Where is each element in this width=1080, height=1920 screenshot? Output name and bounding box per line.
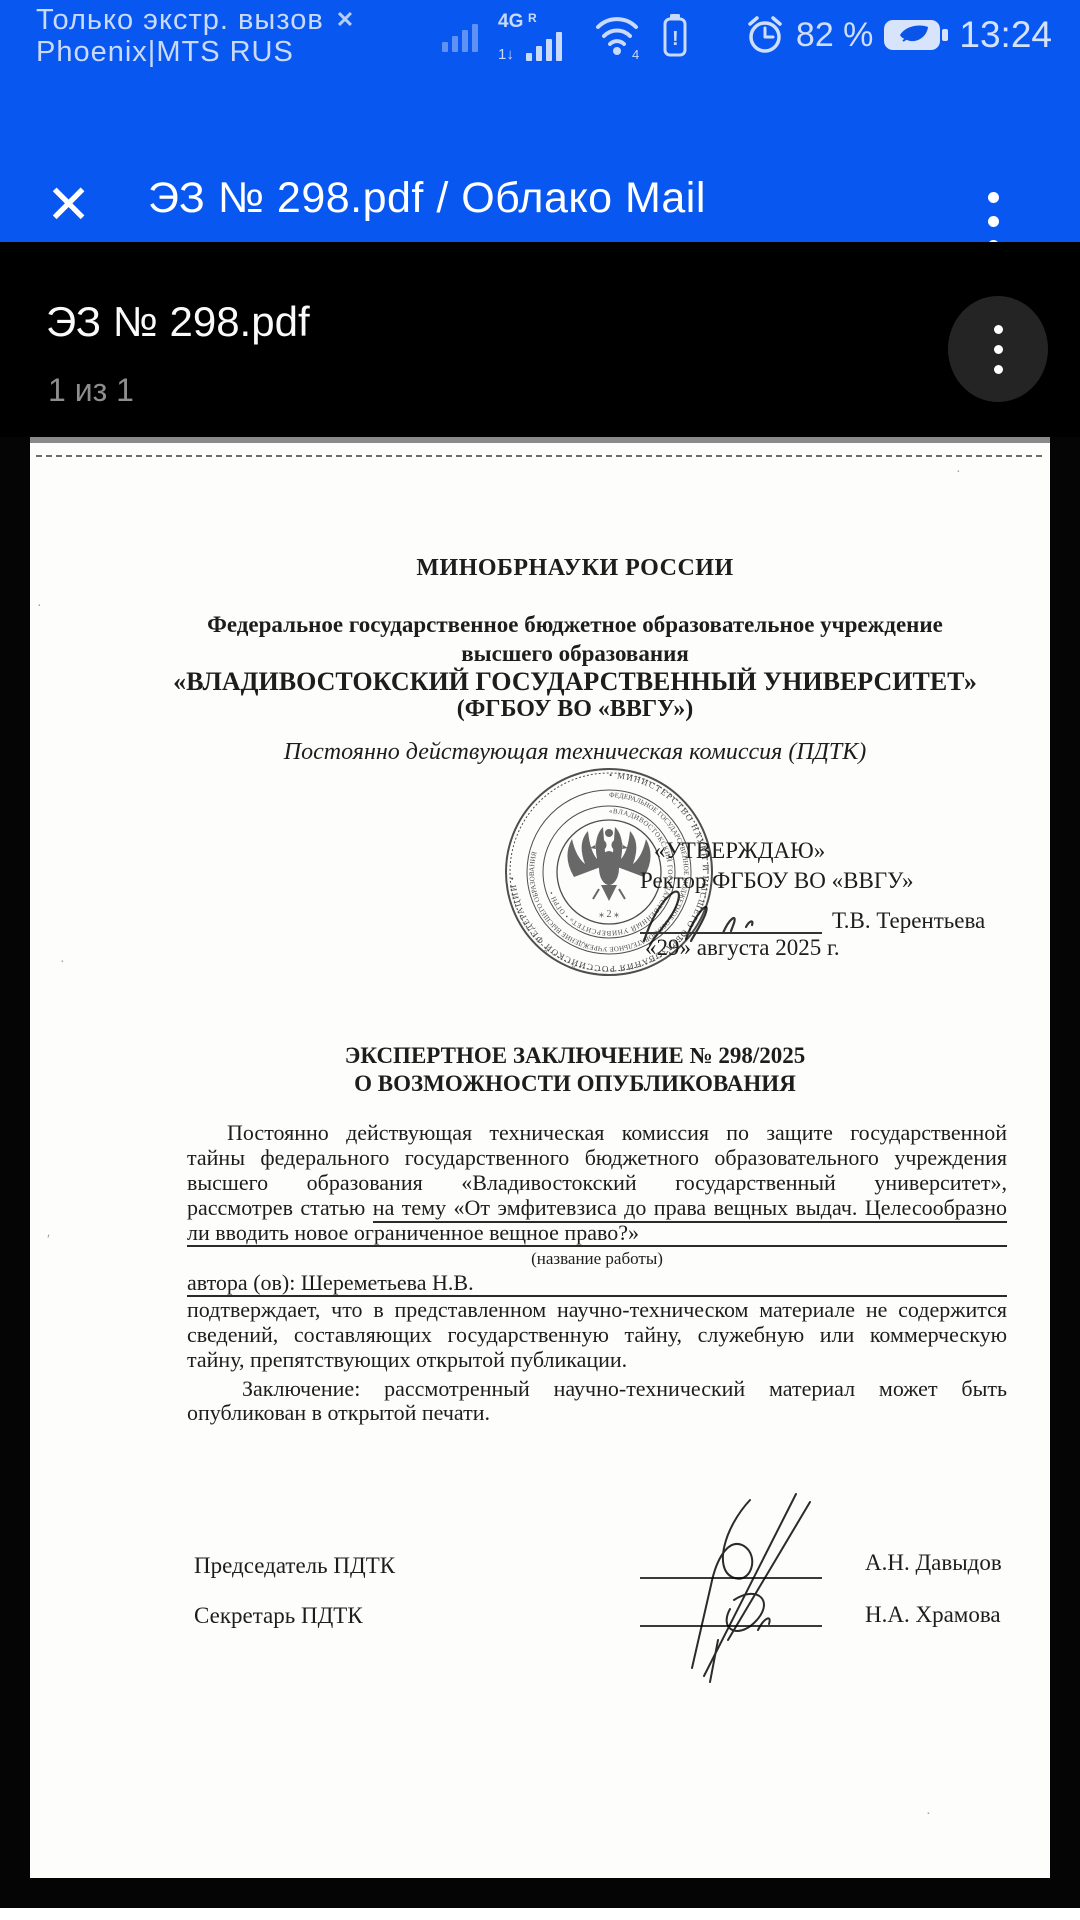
signer-role-2: Секретарь ПДТК (194, 1603, 363, 1629)
para1-line3: высшего образования «Владивостокский гос… (187, 1170, 1007, 1195)
scan-fold-line (36, 455, 1042, 457)
dot (994, 325, 1003, 334)
org-name-line1: Федеральное государственное бюджетное об… (100, 612, 1050, 638)
para1-line4-plain: рассмотрев статью (187, 1195, 365, 1220)
signal-4g-roaming-icon: 4G R 1↓ (498, 9, 576, 61)
para2-line2: сведений, составляющих государственную т… (187, 1322, 1007, 1347)
status-left: Только экстр. вызов ✕ Phoenix|MTS RUS (36, 4, 355, 68)
authors-label: автора (ов): (187, 1270, 295, 1295)
svg-text:R: R (528, 11, 537, 25)
wifi-icon: 4 (592, 11, 644, 59)
scan-speck: ʹ (47, 1233, 50, 1249)
stamp-center-mark: ⁎ 2 ⁎ (599, 909, 619, 920)
battery-percent-label: 82 % (796, 16, 874, 55)
emergency-calls-label: Только экстр. вызов (36, 4, 324, 36)
para2-line3: тайну, препятствующих открытой публикаци… (187, 1347, 1007, 1372)
svg-text:1↓: 1↓ (498, 46, 514, 61)
para2-line1: подтверждает, что в представленном научн… (187, 1297, 1007, 1322)
signer-name-2: Н.А. Храмова (865, 1602, 1001, 1628)
doc-title-line1: ЭКСПЕРТНОЕ ЗАКЛЮЧЕНИЕ № 298/2025 (100, 1043, 1050, 1069)
org-name-line4: (ФГБОУ ВО «ВВГУ») (100, 696, 1050, 723)
page-title: ЭЗ № 298.pdf / Облако Mail (148, 174, 706, 223)
dot (988, 192, 999, 203)
sim-alert-icon: ! (660, 12, 692, 58)
para1-line4: рассмотрев статью на тему «От эмфитевзис… (187, 1195, 1007, 1220)
page-top-edge (30, 437, 1050, 443)
pdf-menu-button[interactable] (948, 296, 1048, 402)
signature-line (640, 908, 822, 934)
screen: Только экстр. вызов ✕ Phoenix|MTS RUS 4G… (0, 0, 1080, 1920)
authors-row: автора (ов): Шереметьева Н.В. (187, 1270, 1007, 1297)
scan-speck: · (60, 955, 65, 971)
org-name-line2: высшего образования (100, 641, 1050, 667)
svg-text:!: ! (672, 28, 679, 50)
scan-speck: · (956, 465, 961, 481)
dot (994, 365, 1003, 374)
signer-role-1: Председатель ПДТК (194, 1553, 395, 1579)
status-bar: Только экстр. вызов ✕ Phoenix|MTS RUS 4G… (0, 0, 1080, 70)
pdf-page[interactable]: МИНОБРНАУКИ РОССИИ Федеральное государст… (30, 437, 1050, 1878)
org-name-line3: «ВЛАДИВОСТОКСКИЙ ГОСУДАРСТВЕННЫЙ УНИВЕРС… (100, 667, 1050, 697)
authors-value: Шереметьева Н.В. (301, 1270, 474, 1295)
close-icon[interactable]: ✕ (46, 178, 91, 232)
doc-title-line2: О ВОЗМОЖНОСТИ ОПУБЛИКОВАНИЯ (100, 1071, 1050, 1097)
work-title-underlined: на тему «От эмфитевзиса до права вещных … (373, 1195, 1007, 1223)
dot (994, 345, 1003, 354)
alarm-clock-icon (744, 14, 786, 56)
approver-name: Т.В. Терентьева (832, 908, 985, 934)
scan-speck: · (926, 1807, 931, 1823)
svg-text:4: 4 (632, 47, 639, 59)
clock-label: 13:24 (959, 14, 1052, 56)
page-indicator: 1 из 1 (48, 372, 134, 409)
bottom-edge-bar (0, 1908, 1080, 1920)
para3-line2: опубликован в открытой печати. (187, 1400, 1007, 1425)
ministry-heading: МИНОБРНАУКИ РОССИИ (100, 555, 1050, 582)
work-title-caption: (название работы) (187, 1246, 1007, 1271)
dot (988, 216, 999, 227)
approval-word: «УТВЕРЖДАЮ» (640, 836, 913, 866)
signal-bars-sim1-icon (442, 18, 482, 52)
scan-speck: · (37, 599, 42, 615)
work-title-underlined-2: ли вводить новое ограниченное вещное пра… (187, 1220, 639, 1245)
signer-name-1: А.Н. Давыдов (865, 1550, 1002, 1576)
para1-line5: ли вводить новое ограниченное вещное пра… (187, 1220, 1007, 1247)
dismiss-icon[interactable]: ✕ (336, 4, 355, 36)
app-header: ✕ ЭЗ № 298.pdf / Облако Mail cloud.mail.… (0, 70, 1080, 242)
para1-line1: Постоянно действующая техническая комисс… (187, 1120, 1007, 1145)
para1-line2: тайны федерального государственного бюдж… (187, 1145, 1007, 1170)
battery-saver-icon (883, 17, 949, 53)
status-icons: 4G R 1↓ 4 (442, 0, 692, 70)
svg-text:4G: 4G (498, 11, 523, 32)
para3-line1: Заключение: рассмотренный научно-техниче… (187, 1376, 1007, 1401)
status-right: 82 % 13:24 (744, 0, 1052, 70)
commission-line: Постоянно действующая техническая комисс… (100, 739, 1050, 766)
committee-signatures (658, 1490, 838, 1690)
approver-signature-row: Т.В. Терентьева (640, 908, 985, 934)
carrier-label: Phoenix|MTS RUS (36, 36, 355, 68)
pdf-filename: ЭЗ № 298.pdf (46, 298, 310, 346)
approval-date: «29» августа 2025 г. (645, 935, 840, 961)
